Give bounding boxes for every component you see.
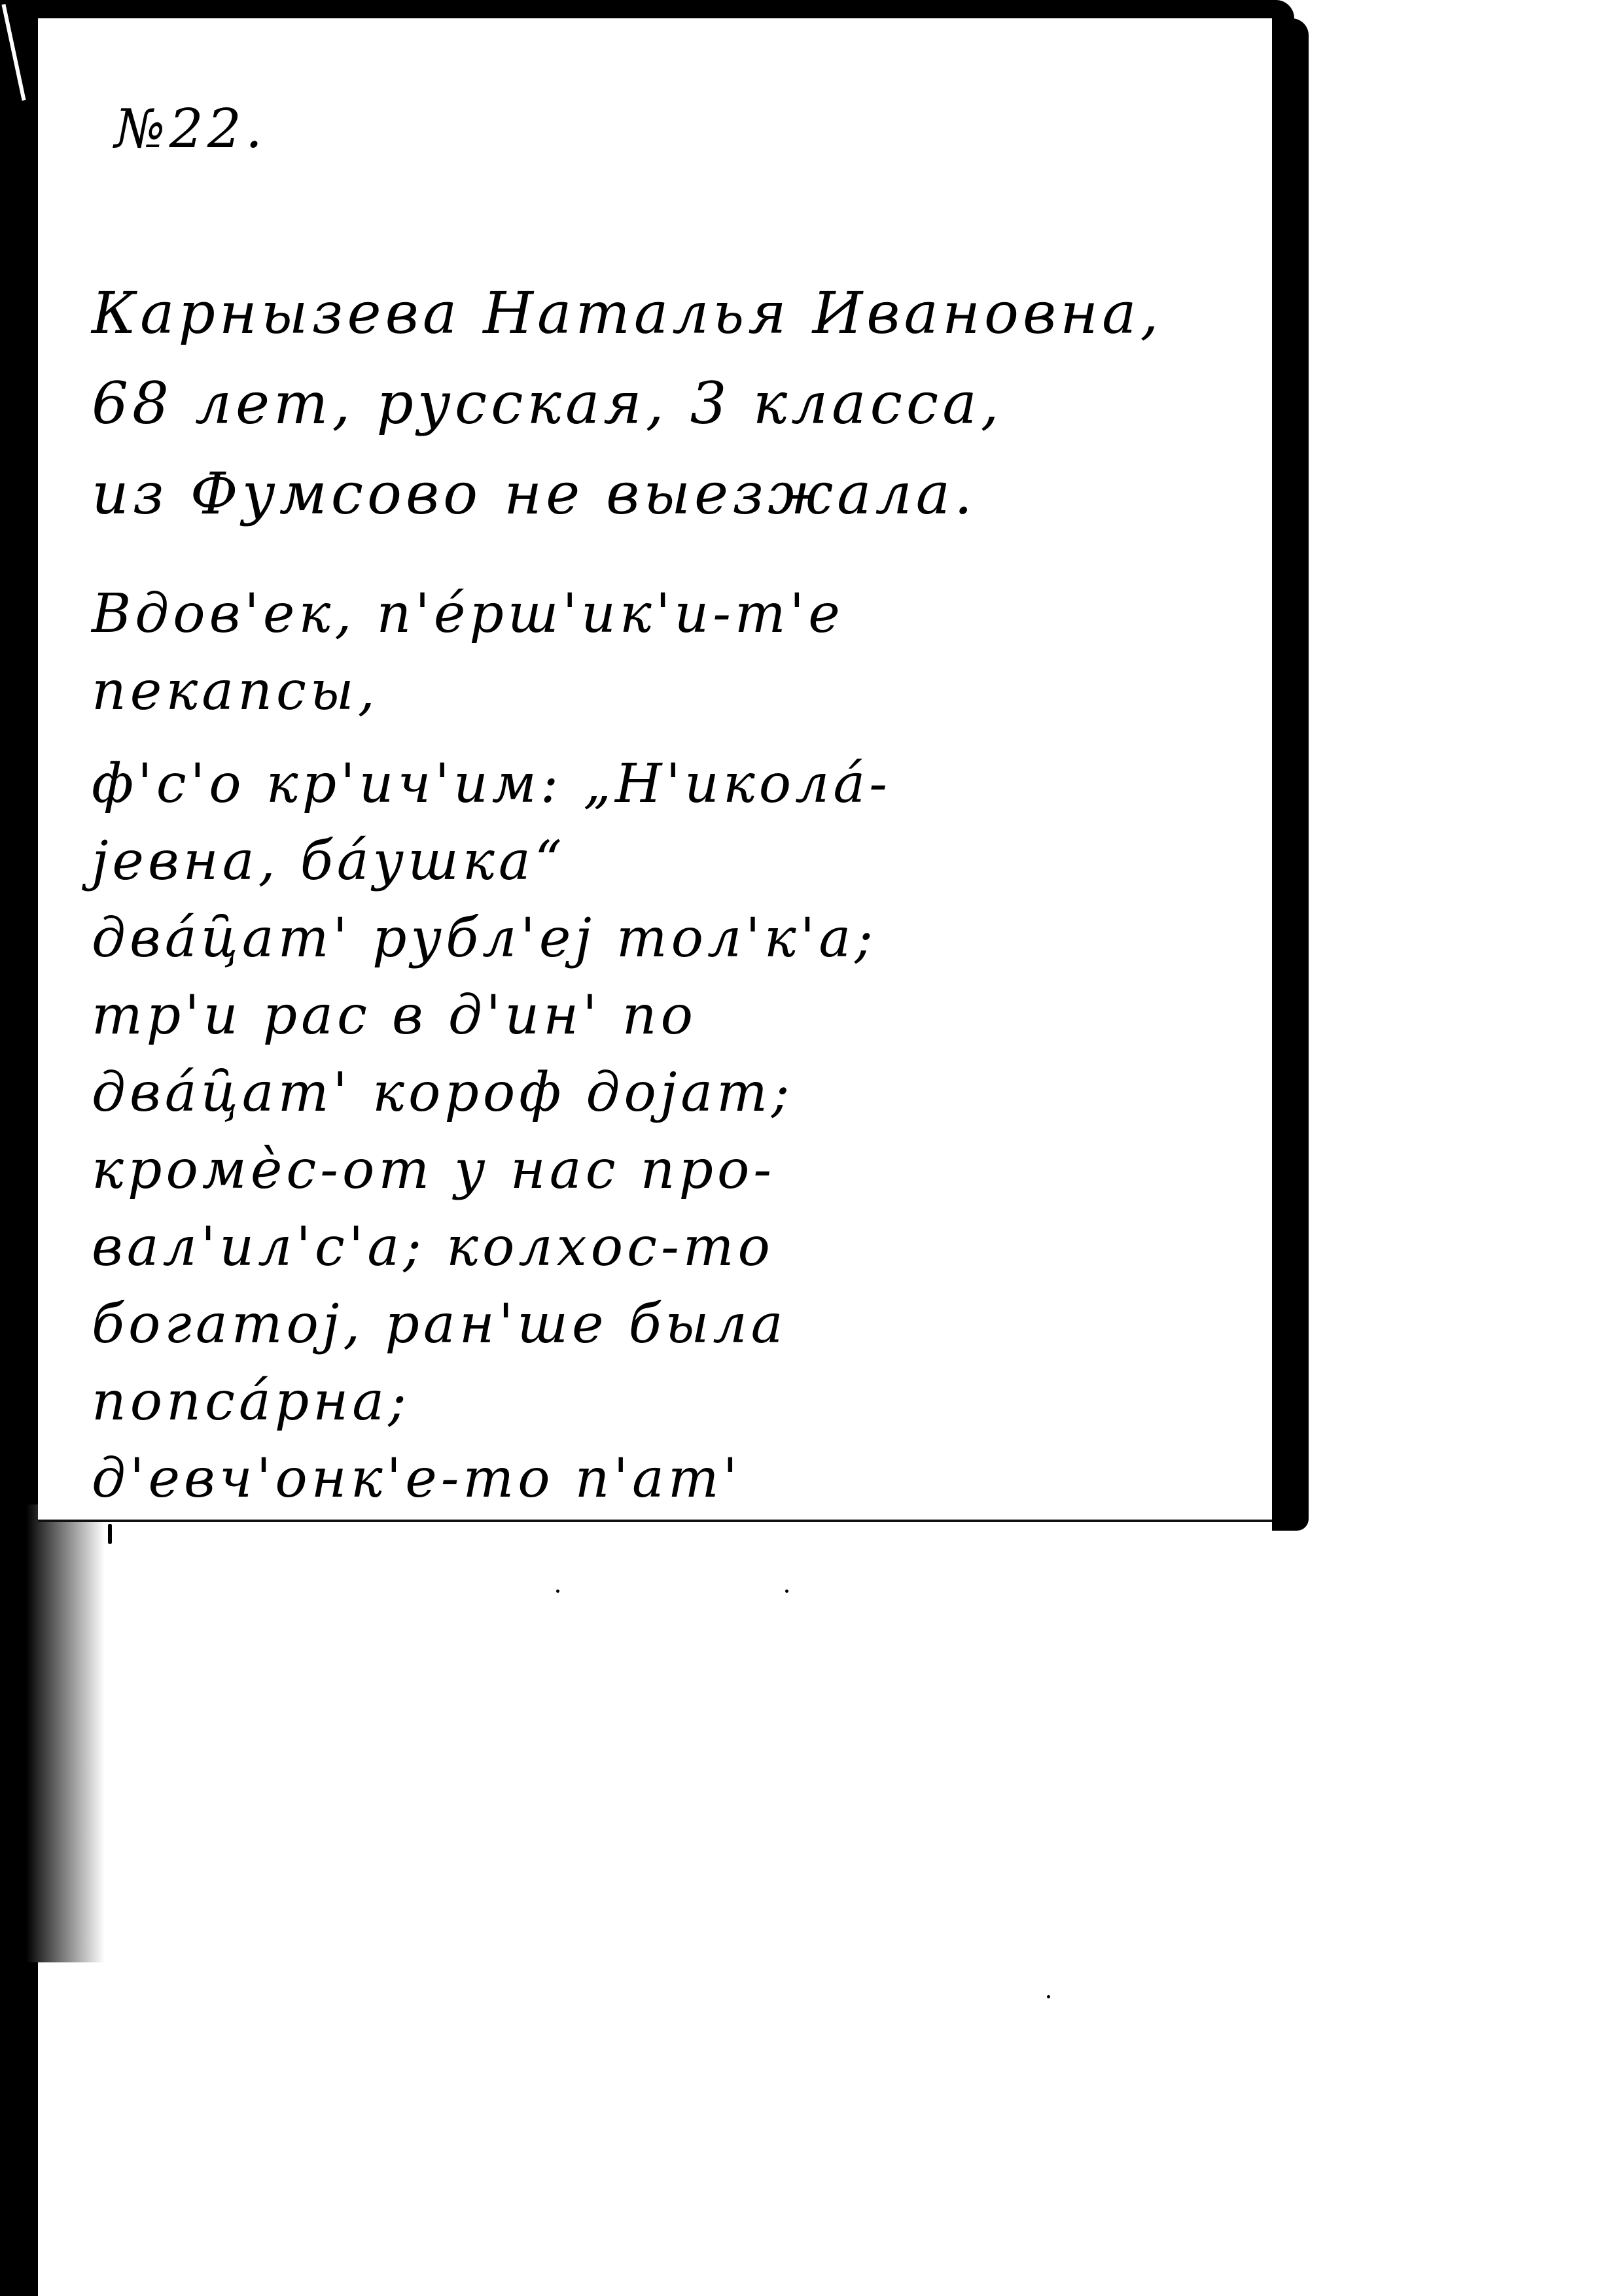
scan-mark: [108, 1524, 112, 1544]
transcript-line: попса́рна;: [92, 1363, 891, 1440]
transcript-line: два́ц̑ат' рубл'еј тол'к'а;: [92, 900, 891, 977]
informant-info: Карнызева Наталья Ивановна, 68 лет, русс…: [92, 268, 1163, 539]
transcript-line: кромѐс-от у нас про-: [92, 1132, 891, 1209]
dialect-transcript: Вдов'ек, п'е́рш'ик'и-т'е пекапсы, ф'с'о …: [92, 576, 891, 1518]
transcript-line: ф'с'о кр'ич'им: „Н'икола́-: [92, 746, 891, 823]
transcript-line: вал'ил'с'а; колхос-то: [92, 1209, 891, 1286]
informant-line: Карнызева Наталья Ивановна,: [92, 268, 1163, 358]
transcript-line: д'евч'онк'е-то п'ат': [92, 1440, 891, 1518]
scan-speck: [1047, 1995, 1050, 1998]
transcript-line: Вдов'ек, п'е́рш'ик'и-т'е: [92, 576, 891, 653]
transcript-line: тр'и рас в д'ин' по: [92, 977, 891, 1054]
document-number: №22.: [115, 98, 266, 160]
transcript-line: богатој, ран'ше была: [92, 1286, 891, 1363]
informant-line: 68 лет, русская, 3 класса,: [92, 358, 1163, 449]
scan-shadow: [26, 1505, 105, 1962]
transcript-line: два́ц̑ат' короф дојат;: [92, 1054, 891, 1132]
scan-speck: [556, 1590, 559, 1593]
transcript-line: јевна, ба́ушка“: [92, 823, 891, 900]
notebook-top-edge: [38, 0, 1294, 20]
transcript-line: пекапсы,: [92, 653, 891, 730]
informant-line: из Фумсово не выезжала.: [92, 449, 1163, 539]
notebook-right-edge: [1272, 18, 1309, 1531]
scan-speck: [785, 1590, 788, 1593]
